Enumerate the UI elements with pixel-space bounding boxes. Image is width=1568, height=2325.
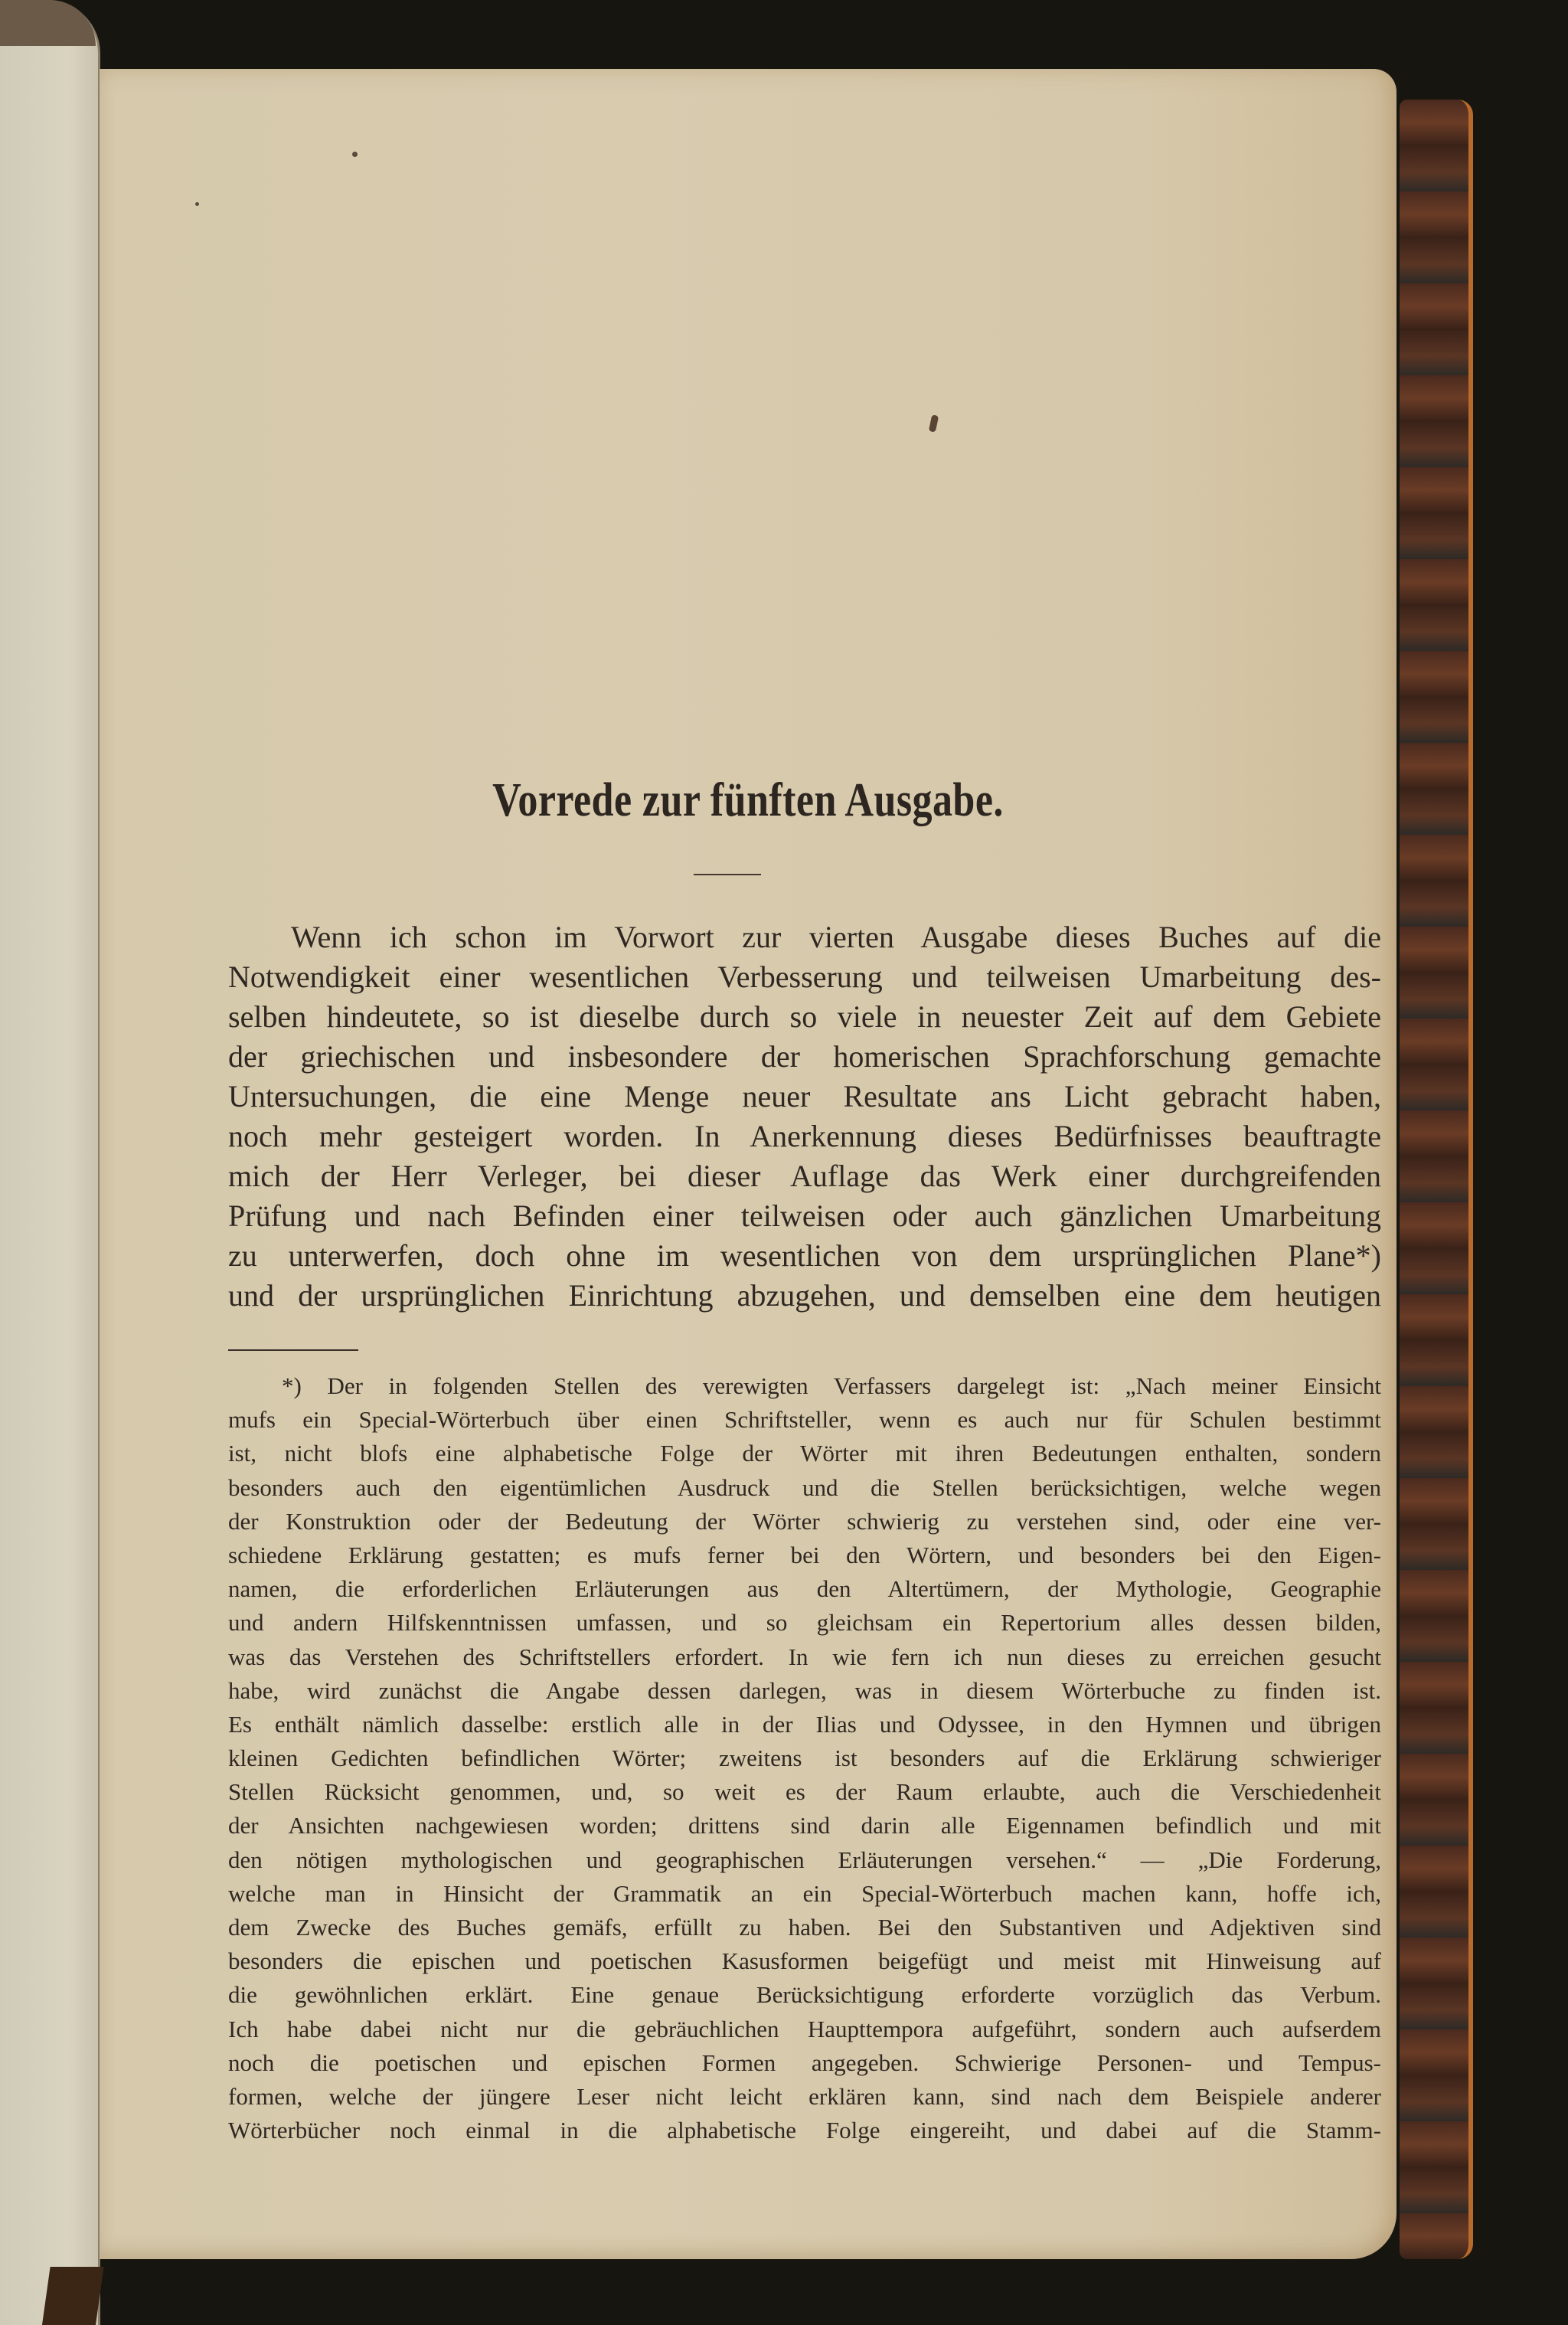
page-title: Vorrede zur fünften Ausgabe.: [204, 773, 1293, 828]
body-line: und der ursprünglichen Einrichtung abzug…: [228, 1276, 1381, 1316]
body-line: Notwendigkeit einer wesentlichen Verbess…: [228, 957, 1381, 997]
footnote-line: dem Zwecke des Buches gemäfs, erfüllt zu…: [228, 1911, 1381, 1944]
footnote-line: mufs ein Special-Wörterbuch über einen S…: [228, 1403, 1381, 1437]
footnote-line: der Konstruktion oder der Bedeutung der …: [228, 1505, 1381, 1539]
footnote-line: den nötigen mythologischen und geographi…: [228, 1843, 1381, 1877]
footnote-line: habe, wird zunächst die Angabe dessen da…: [228, 1674, 1381, 1708]
footnote-line: Es enthält nämlich dasselbe: erstlich al…: [228, 1708, 1381, 1741]
body-line: noch mehr gesteigert worden. In Anerkenn…: [228, 1117, 1381, 1156]
body-line: selben hindeutete, so ist dieselbe durch…: [228, 997, 1381, 1037]
footnote-line: schiedene Erklärung gestatten; es mufs f…: [228, 1539, 1381, 1572]
footnote-line: welche man in Hinsicht der Grammatik an …: [228, 1877, 1381, 1911]
footnote-line: besonders die epischen und poetischen Ka…: [228, 1944, 1381, 1978]
footnote-line: Wörterbücher noch einmal in die alphabet…: [228, 2114, 1381, 2147]
title-divider: [694, 874, 761, 875]
footnote-line: noch die poetischen und epischen Formen …: [228, 2046, 1381, 2080]
footnote: *) Der in folgenden Stellen des verewigt…: [228, 1369, 1381, 2147]
body-line: zu unterwerfen, doch ohne im wesentliche…: [228, 1236, 1381, 1276]
footnote-line: die gewöhnlichen erklärt. Eine genaue Be…: [228, 1978, 1381, 2012]
footnote-line: Ich habe dabei nicht nur die gebräuchlic…: [228, 2013, 1381, 2046]
footnote-line: der Ansichten nachgewiesen worden; dritt…: [228, 1809, 1381, 1843]
footnote-line: Stellen Rücksicht genommen, und, so weit…: [228, 1775, 1381, 1809]
footnote-divider: [228, 1349, 358, 1351]
footnote-line: kleinen Gedichten befindlichen Wörter; z…: [228, 1741, 1381, 1775]
cover-edge: [0, 0, 96, 46]
paper-speck: [195, 202, 199, 206]
footnote-line: und andern Hilfskenntnissen umfassen, un…: [228, 1606, 1381, 1640]
paper-speck: [352, 152, 358, 157]
footnote-line: ist, nicht blofs eine alphabetische Folg…: [228, 1437, 1381, 1470]
ink-mark: [929, 414, 939, 432]
footnote-line: formen, welche der jüngere Leser nicht l…: [228, 2080, 1381, 2114]
body-line: der griechischen und insbesondere der ho…: [228, 1037, 1381, 1077]
footnote-line: *) Der in folgenden Stellen des verewigt…: [228, 1369, 1381, 1403]
body-line: mich der Herr Verleger, bei dieser Aufla…: [228, 1156, 1381, 1196]
book-page: Vorrede zur fünften Ausgabe. Wenn ich sc…: [100, 69, 1396, 2259]
body-line: Untersuchungen, die eine Menge neuer Res…: [228, 1077, 1381, 1117]
footnote-line: besonders auch den eigentümlichen Ausdru…: [228, 1471, 1381, 1505]
footnote-line: was das Verstehen des Schriftstellers er…: [228, 1640, 1381, 1674]
body-line: Prüfung und nach Befinden einer teilweis…: [228, 1196, 1381, 1236]
book-binding: [1400, 100, 1473, 2259]
body-paragraph: Wenn ich schon im Vorwort zur vierten Au…: [228, 917, 1381, 1316]
body-line: Wenn ich schon im Vorwort zur vierten Au…: [228, 917, 1381, 957]
book-cover-corner: [41, 2267, 103, 2325]
previous-page-edge: [0, 0, 100, 2325]
footnote-line: namen, die erforderlichen Erläuterungen …: [228, 1572, 1381, 1606]
